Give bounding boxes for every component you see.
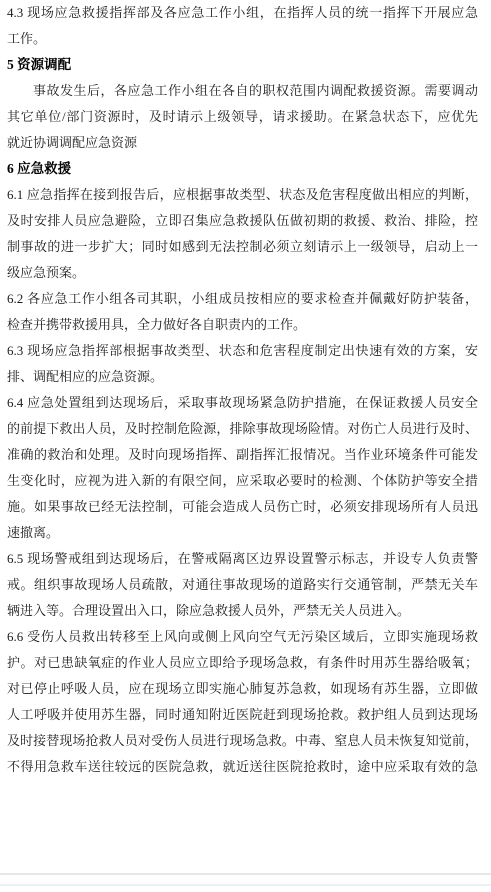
text-line: 施。如果事故已经无法控制，可能会造成人员伤亡时，必须安排现场所有人员迅 xyxy=(7,494,478,520)
paragraph: 6.1 应急指挥在接到报告后，应根据事故类型、状态及危害程度做出相应的判断，及时… xyxy=(7,182,478,286)
text-column: 4.3 现场应急救援指挥部及各应急工作小组，在指挥人员的统一指挥下开展应急工作。… xyxy=(7,0,478,780)
text-line: 事故发生后，各应急工作小组在各自的职权范围内调配救援资源。需要调动 xyxy=(7,78,478,104)
text-line: 6.2 各应急工作小组各司其职，小组成员按相应的要求检查并佩戴好防护装备， xyxy=(7,286,478,312)
paragraph: 4.3 现场应急救援指挥部及各应急工作小组，在指挥人员的统一指挥下开展应急工作。 xyxy=(7,0,478,52)
text-line: 就近协调调配应急资源 xyxy=(7,130,478,156)
paragraph: 6.4 应急处置组到达现场后，采取事故现场紧急防护措施，在保证救援人员安全的前提… xyxy=(7,390,478,546)
text-line: 护。对已患缺氧症的作业人员应立即给予现场急救，有条件时用苏生器给吸氧； xyxy=(7,650,478,676)
text-line: 工作。 xyxy=(7,26,478,52)
heading-line: 5 资源调配 xyxy=(7,52,478,78)
text-line: 制事故的进一步扩大；同时如感到无法控制必须立刻请示上一级领导，启动上一 xyxy=(7,234,478,260)
text-line: 4.3 现场应急救援指挥部及各应急工作小组，在指挥人员的统一指挥下开展应急 xyxy=(7,0,478,26)
heading-line: 6 应急救援 xyxy=(7,156,478,182)
section-heading: 6 应急救援 xyxy=(7,156,478,182)
page-separator-line-bottom xyxy=(0,884,491,886)
text-line: 及时接替现场抢救人员对受伤人员进行现场急救。中毒、窒息人员未恢复知觉前， xyxy=(7,728,478,754)
text-line: 6.4 应急处置组到达现场后，采取事故现场紧急防护措施，在保证救援人员安全 xyxy=(7,390,478,416)
text-line: 6.5 现场警戒组到达现场后，在警戒隔离区边界设置警示标志，并设专人负责警 xyxy=(7,546,478,572)
text-line: 6.3 现场应急指挥部根据事故类型、状态和危害程度制定出快速有效的方案，安 xyxy=(7,338,478,364)
text-line: 6.1 应急指挥在接到报告后，应根据事故类型、状态及危害程度做出相应的判断， xyxy=(7,182,478,208)
text-line: 辆进入等。合理设置出入口，除应急救援人员外，严禁无关人员进入。 xyxy=(7,598,478,624)
page-separator-line-top xyxy=(0,873,491,875)
text-line: 不得用急救车送往较远的医院急救，就近送往医院抢救时，途中应采取有效的急 xyxy=(7,754,478,780)
text-line: 人工呼吸并使用苏生器，同时通知附近医院赶到现场抢救。救护组人员到达现场 xyxy=(7,702,478,728)
text-line: 的前提下救出人员，及时控制危险源，排除事故现场险情。对伤亡人员进行及时、 xyxy=(7,416,478,442)
text-line: 排、调配相应的应急资源。 xyxy=(7,364,478,390)
text-line: 生变化时，应视为进入新的有限空间，应采取必要时的检测、个体防护等安全措 xyxy=(7,468,478,494)
text-line: 速撤离。 xyxy=(7,520,478,546)
text-line: 级应急预案。 xyxy=(7,260,478,286)
paragraph: 6.3 现场应急指挥部根据事故类型、状态和危害程度制定出快速有效的方案，安排、调… xyxy=(7,338,478,390)
paragraph: 6.2 各应急工作小组各司其职，小组成员按相应的要求检查并佩戴好防护装备，检查并… xyxy=(7,286,478,338)
text-line: 戒。组织事故现场人员疏散，对通往事故现场的道路实行交通管制，严禁无关车 xyxy=(7,572,478,598)
document-page: 4.3 现场应急救援指挥部及各应急工作小组，在指挥人员的统一指挥下开展应急工作。… xyxy=(0,0,491,892)
paragraph: 6.5 现场警戒组到达现场后，在警戒隔离区边界设置警示标志，并设专人负责警戒。组… xyxy=(7,546,478,624)
paragraph: 事故发生后，各应急工作小组在各自的职权范围内调配救援资源。需要调动其它单位/部门… xyxy=(7,78,478,156)
paragraph: 6.6 受伤人员救出转移至上风向或侧上风向空气无污染区域后，立即实施现场救护。对… xyxy=(7,624,478,780)
section-heading: 5 资源调配 xyxy=(7,52,478,78)
text-line: 及时安排人员应急避险，立即召集应急救援队伍做初期的救援、救治、排险，控 xyxy=(7,208,478,234)
text-line: 检查并携带救援用具，全力做好各自职责内的工作。 xyxy=(7,312,478,338)
text-line: 6.6 受伤人员救出转移至上风向或侧上风向空气无污染区域后，立即实施现场救 xyxy=(7,624,478,650)
text-line: 其它单位/部门资源时，及时请示上级领导，请求援助。在紧急状态下，应优先 xyxy=(7,104,478,130)
text-line: 准确的救治和处理。及时向现场指挥、副指挥汇报情况。当作业环境条件可能发 xyxy=(7,442,478,468)
text-line: 对已停止呼吸人员，应在现场立即实施心肺复苏急救，如现场有苏生器，立即做 xyxy=(7,676,478,702)
